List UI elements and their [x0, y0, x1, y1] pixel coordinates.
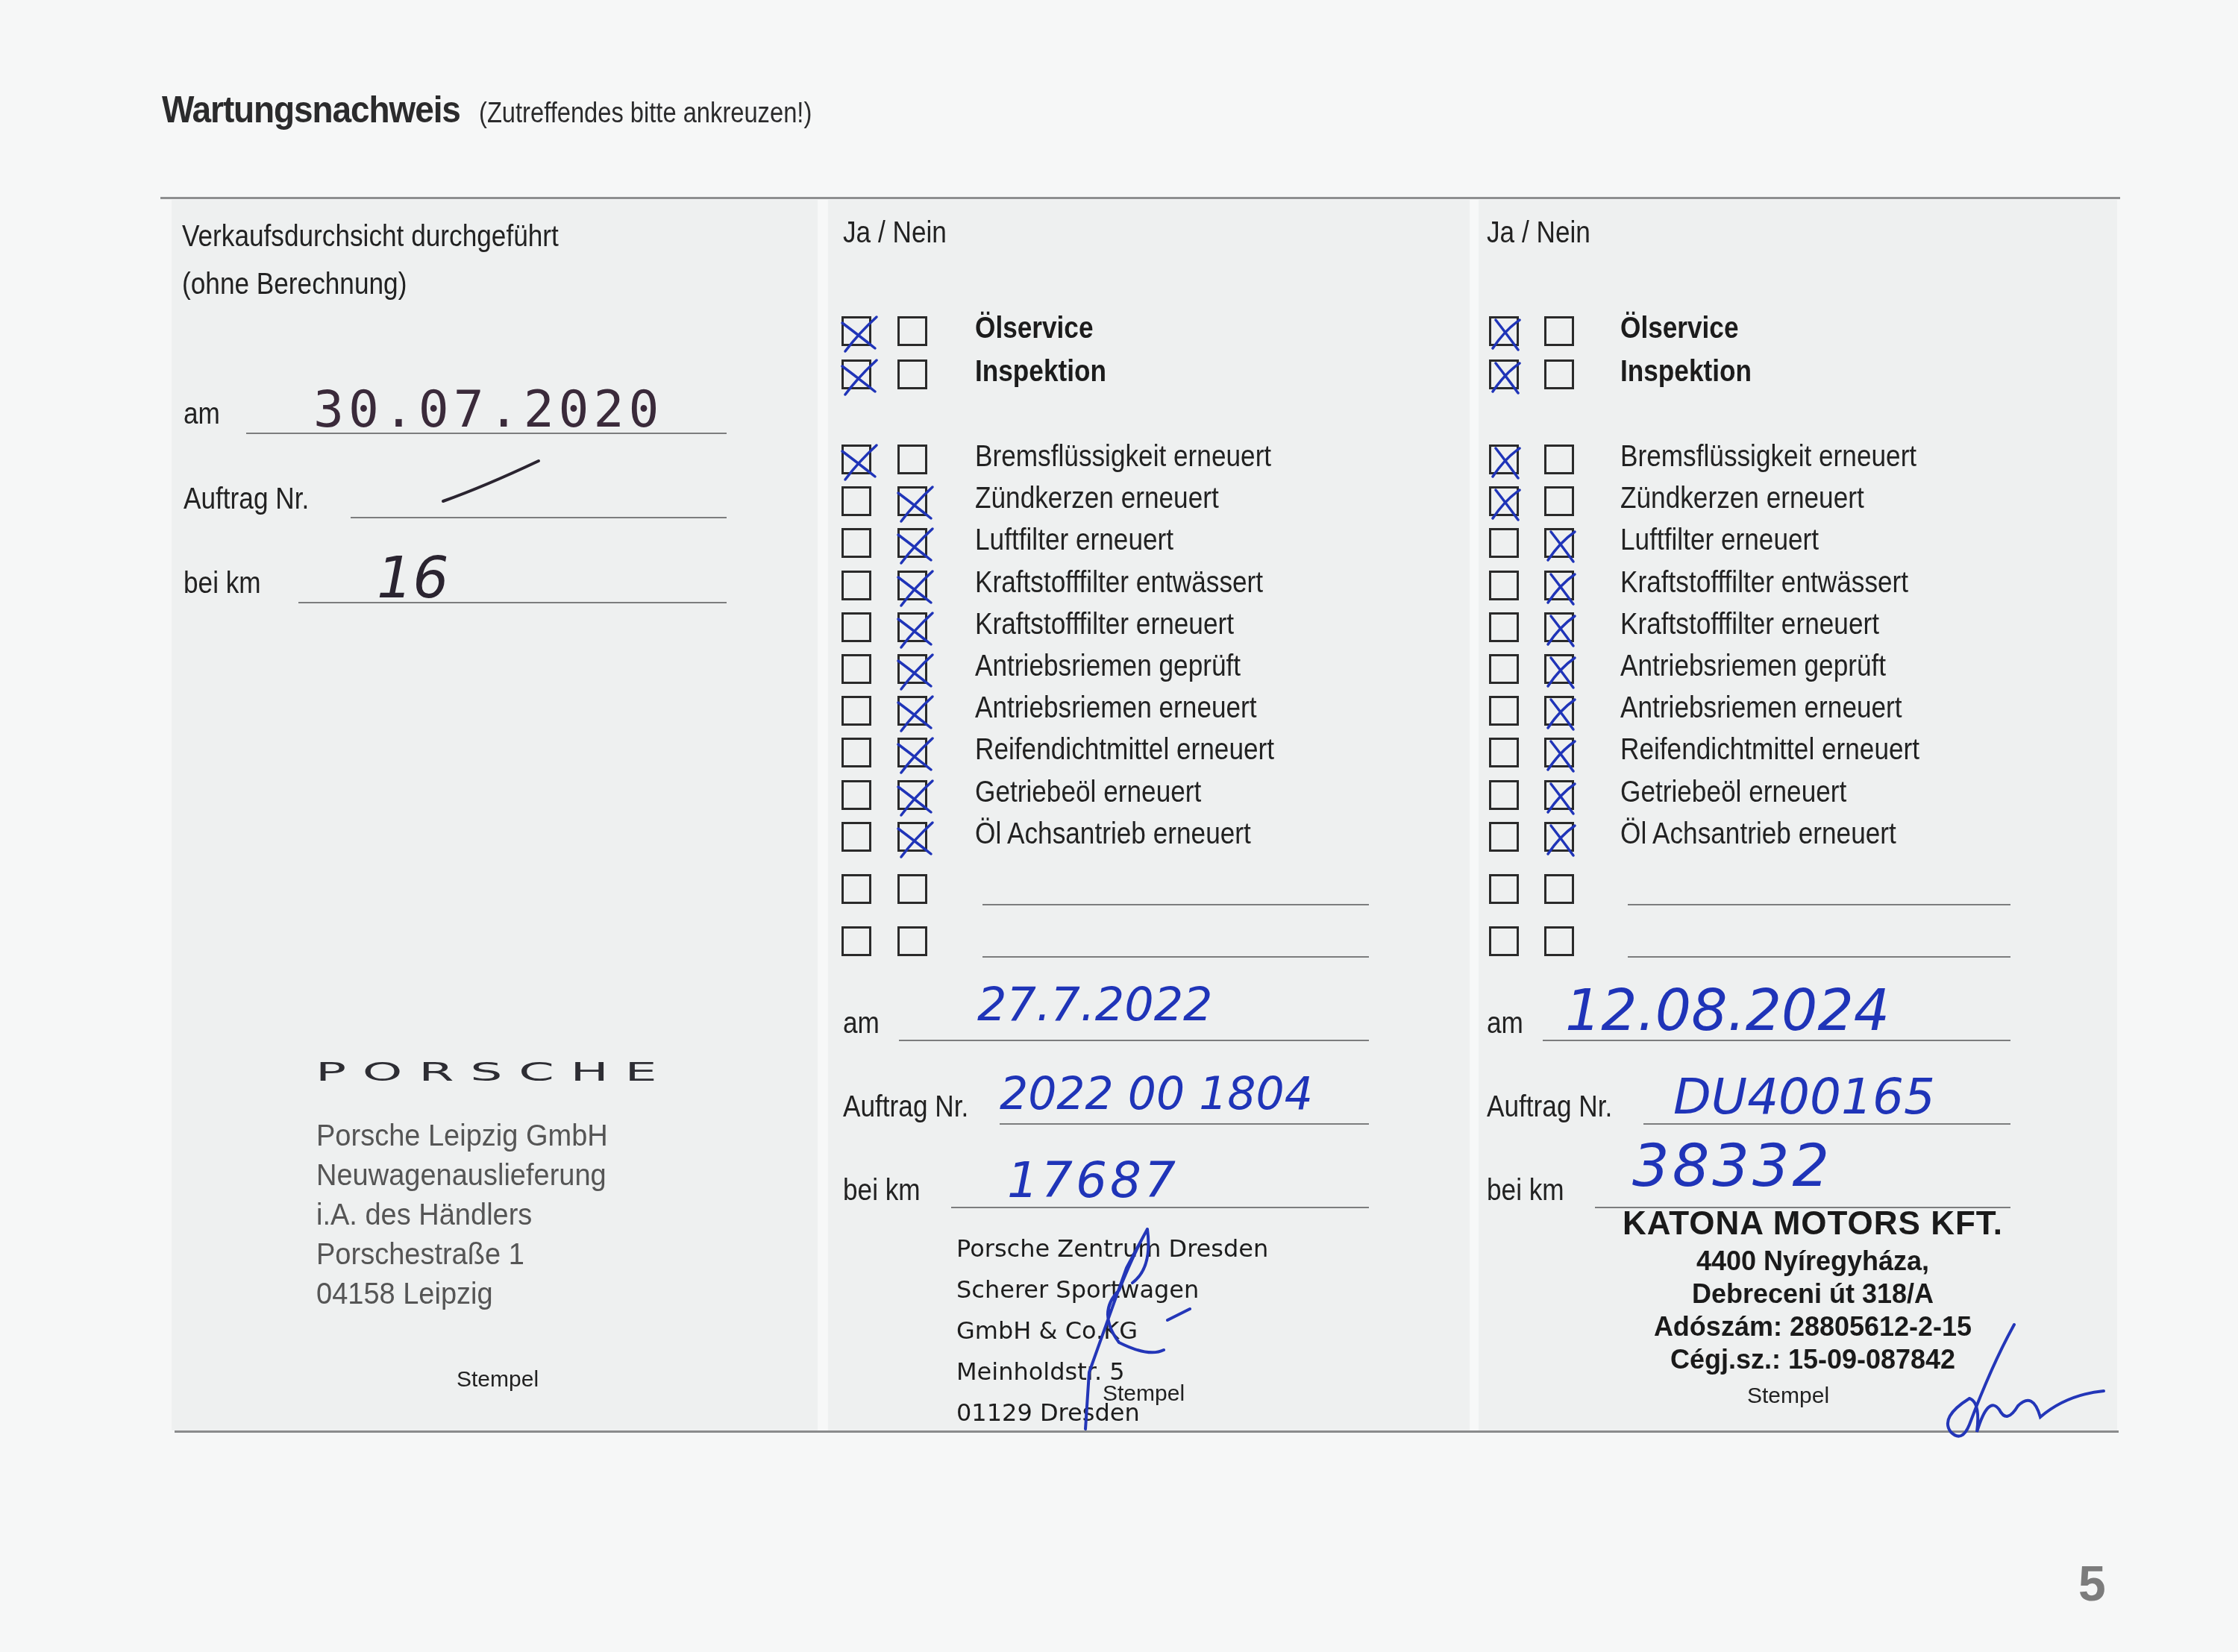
- right-stamp-company: KATONA MOTORS KFT.: [1589, 1203, 2037, 1245]
- nein-checkbox[interactable]: [897, 571, 927, 600]
- service-item-label-wrap: Zündkerzen erneuert: [1620, 482, 1897, 515]
- order-label: Auftrag Nr.: [1487, 1090, 1612, 1124]
- km-label-wrap: bei km: [843, 1174, 931, 1207]
- ja-checkbox[interactable]: [841, 654, 871, 684]
- left-order-label: Auftrag Nr.: [184, 483, 309, 516]
- nein-checkbox[interactable]: [897, 612, 927, 642]
- km-value-wrap: 17687: [1007, 1152, 1179, 1209]
- left-order-label-wrap: Auftrag Nr.: [184, 483, 326, 516]
- nein-checkbox[interactable]: [897, 926, 927, 956]
- order-label-wrap: Auftrag Nr.: [843, 1090, 985, 1124]
- check-mark-icon: [1540, 817, 1582, 861]
- service-item-label: Getriebeöl erneuert: [975, 776, 1201, 809]
- service-item-label: Antriebsriemen erneuert: [975, 691, 1257, 725]
- main-service-label-wrap: Ölservice: [1620, 312, 1755, 345]
- service-item-label-wrap: Reifendichtmittel erneuert: [1620, 733, 1960, 767]
- page-subtitle: (Zutreffendes bitte ankreuzen!): [479, 98, 812, 130]
- nein-checkbox[interactable]: [897, 528, 927, 558]
- ja-checkbox[interactable]: [1489, 822, 1519, 852]
- order-label: Auftrag Nr.: [843, 1090, 968, 1124]
- main-service-label: Inspektion: [975, 355, 1106, 389]
- service-item-label: Reifendichtmittel erneuert: [975, 733, 1274, 767]
- service-item-label-wrap: Kraftstofffilter entwässert: [1620, 566, 1948, 600]
- ja-checkbox[interactable]: [1489, 738, 1519, 767]
- left-order-dash-mark: [440, 456, 545, 509]
- service-item-label-wrap: Bremsflüssigkeit erneuert: [1620, 440, 1957, 474]
- check-mark-icon: [1540, 607, 1582, 652]
- check-mark-icon: [1485, 354, 1527, 399]
- porsche-logo: PORSCHE: [316, 1058, 546, 1096]
- nein-checkbox[interactable]: [1544, 486, 1574, 516]
- ja-checkbox[interactable]: [841, 359, 871, 389]
- main-service-label: Inspektion: [1620, 355, 1752, 389]
- ja-checkbox[interactable]: [841, 696, 871, 726]
- service-item-label: Zündkerzen erneuert: [975, 482, 1219, 515]
- main-service-label: Ölservice: [975, 312, 1094, 345]
- service-item-label-wrap: Antriebsriemen geprüft: [975, 650, 1277, 683]
- porsche-logo-text: PORSCHE: [316, 1058, 673, 1087]
- check-mark-icon: [894, 481, 935, 526]
- check-mark-icon: [894, 817, 935, 861]
- service-item-label-wrap: Getriebeöl erneuert: [1620, 776, 1878, 809]
- right-stamp-line: Debreceni út 318/A: [1589, 1278, 2037, 1310]
- service-item-label: Antriebsriemen geprüft: [1620, 650, 1886, 683]
- service-item-label: Öl Achsantrieb erneuert: [975, 817, 1251, 851]
- service-item-label: Luftfilter erneuert: [975, 524, 1173, 557]
- km-label: bei km: [1487, 1174, 1564, 1207]
- check-mark-icon: [1540, 565, 1582, 610]
- check-mark-icon: [838, 311, 880, 356]
- service-item-label: Luftfilter erneuert: [1620, 524, 1819, 557]
- check-mark-icon: [894, 691, 935, 735]
- left-stamp: Porsche Leipzig GmbH Neuwagenauslieferun…: [316, 1116, 623, 1314]
- column-divider: [1470, 200, 1479, 1430]
- left-order-line: [351, 517, 727, 518]
- date-value: 12.08.2024: [1565, 977, 1890, 1043]
- left-date-label-wrap: am: [184, 398, 225, 431]
- service-item-label-wrap: Antriebsriemen erneuert: [975, 691, 1295, 725]
- nein-checkbox[interactable]: [897, 316, 927, 346]
- nein-checkbox[interactable]: [1544, 780, 1574, 810]
- middle-signature: [1044, 1223, 1223, 1432]
- km-label-wrap: bei km: [1487, 1174, 1575, 1207]
- service-item-label: Öl Achsantrieb erneuert: [1620, 817, 1896, 851]
- check-mark-icon: [1540, 523, 1582, 568]
- check-mark-icon: [894, 775, 935, 820]
- service-item-label-wrap: Luftfilter erneuert: [975, 524, 1200, 557]
- check-mark-icon: [894, 565, 935, 610]
- ja-checkbox[interactable]: [1489, 612, 1519, 642]
- left-date-field[interactable]: 30.07.2020: [313, 380, 663, 439]
- check-mark-icon: [1485, 439, 1527, 484]
- service-item-label: Bremsflüssigkeit erneuert: [1620, 440, 1916, 474]
- yes-no-header: Ja / Nein: [843, 216, 947, 250]
- ja-checkbox[interactable]: [841, 822, 871, 852]
- ja-checkbox[interactable]: [841, 486, 871, 516]
- nein-checkbox[interactable]: [897, 654, 927, 684]
- check-mark-icon: [1540, 691, 1582, 735]
- nein-checkbox[interactable]: [897, 445, 927, 474]
- service-item-label-wrap: Antriebsriemen erneuert: [1620, 691, 1940, 725]
- service-item-label-wrap: Kraftstofffilter entwässert: [975, 566, 1303, 600]
- left-stamp-line: 04158 Leipzig: [316, 1275, 608, 1314]
- service-item-label-wrap: Bremsflüssigkeit erneuert: [975, 440, 1311, 474]
- ja-checkbox[interactable]: [1489, 316, 1519, 346]
- service-item-label: Reifendichtmittel erneuert: [1620, 733, 1919, 767]
- check-mark-icon: [838, 354, 880, 399]
- ja-checkbox[interactable]: [841, 445, 871, 474]
- ja-checkbox[interactable]: [1489, 445, 1519, 474]
- ja-checkbox[interactable]: [1489, 654, 1519, 684]
- service-item-label-wrap: Kraftstofffilter erneuert: [1620, 608, 1914, 641]
- nein-checkbox[interactable]: [1544, 874, 1574, 904]
- nein-checkbox[interactable]: [897, 359, 927, 389]
- service-item-label-wrap: Öl Achsantrieb erneuert: [1620, 817, 1934, 851]
- date-label-wrap: am: [1487, 1007, 1529, 1040]
- service-item-label-wrap: Antriebsriemen geprüft: [1620, 650, 1922, 683]
- order-label-wrap: Auftrag Nr.: [1487, 1090, 1629, 1124]
- date-line: [899, 1040, 1369, 1041]
- ja-checkbox[interactable]: [1489, 874, 1519, 904]
- column-divider: [818, 200, 827, 1430]
- service-item-label: Kraftstofffilter entwässert: [1620, 566, 1908, 600]
- nein-checkbox[interactable]: [1544, 738, 1574, 767]
- service-item-label-wrap: Zündkerzen erneuert: [975, 482, 1252, 515]
- nein-checkbox[interactable]: [897, 696, 927, 726]
- left-km-value: 16: [377, 544, 449, 611]
- left-km-label-wrap: bei km: [184, 567, 272, 600]
- blank-entry-line[interactable]: [1628, 956, 2010, 958]
- date-label-wrap: am: [843, 1007, 885, 1040]
- nein-checkbox[interactable]: [897, 780, 927, 810]
- nein-checkbox[interactable]: [897, 822, 927, 852]
- yes-no-header-wrap: Ja / Nein: [1487, 216, 1605, 250]
- blank-entry-line[interactable]: [982, 956, 1369, 958]
- left-date-value: 30.07.2020: [313, 380, 663, 439]
- service-item-label: Bremsflüssigkeit erneuert: [975, 440, 1271, 474]
- nein-checkbox[interactable]: [1544, 612, 1574, 642]
- left-stamp-line: Porschestraße 1: [316, 1235, 608, 1275]
- main-service-label-wrap: Inspektion: [975, 355, 1124, 389]
- date-value: 27.7.2022: [977, 977, 1213, 1031]
- left-heading-line2: (ohne Berechnung): [182, 260, 559, 308]
- check-mark-icon: [1540, 732, 1582, 777]
- ja-checkbox[interactable]: [1489, 926, 1519, 956]
- ja-checkbox[interactable]: [841, 316, 871, 346]
- service-item-label: Kraftstofffilter erneuert: [975, 608, 1234, 641]
- nein-checkbox[interactable]: [897, 486, 927, 516]
- ja-checkbox[interactable]: [1489, 696, 1519, 726]
- ja-checkbox[interactable]: [841, 738, 871, 767]
- right-signature: [1858, 1320, 2111, 1447]
- service-item-label: Kraftstofffilter entwässert: [975, 566, 1263, 600]
- ja-checkbox[interactable]: [1489, 359, 1519, 389]
- nein-checkbox[interactable]: [1544, 359, 1574, 389]
- km-value: 17687: [1007, 1152, 1179, 1209]
- yes-no-header: Ja / Nein: [1487, 216, 1590, 250]
- ja-checkbox[interactable]: [841, 780, 871, 810]
- nein-checkbox[interactable]: [897, 874, 927, 904]
- ja-checkbox[interactable]: [841, 528, 871, 558]
- check-mark-icon: [838, 439, 880, 484]
- date-value-wrap: 27.7.2022: [977, 977, 1213, 1031]
- left-heading-line1: Verkaufsdurchsicht durchgeführt: [182, 213, 559, 260]
- service-item-label: Kraftstofffilter erneuert: [1620, 608, 1879, 641]
- nein-checkbox[interactable]: [1544, 654, 1574, 684]
- ja-checkbox[interactable]: [1489, 528, 1519, 558]
- nein-checkbox[interactable]: [897, 738, 927, 767]
- top-rule: [160, 197, 2120, 199]
- left-date-label: am: [184, 398, 220, 431]
- nein-checkbox[interactable]: [1544, 316, 1574, 346]
- left-km-label: bei km: [184, 567, 261, 600]
- km-value: 38332: [1632, 1133, 1832, 1200]
- left-km-field[interactable]: 16: [377, 544, 449, 611]
- ja-checkbox[interactable]: [841, 612, 871, 642]
- service-item-label-wrap: Luftfilter erneuert: [1620, 524, 1846, 557]
- ja-checkbox[interactable]: [841, 571, 871, 600]
- ja-checkbox[interactable]: [1489, 571, 1519, 600]
- right-stamp-line: 4400 Nyíregyháza,: [1589, 1245, 2037, 1278]
- ja-checkbox[interactable]: [841, 874, 871, 904]
- right-stempel-label: Stempel: [1747, 1384, 1829, 1409]
- order-value: 2022 00 1804: [1000, 1068, 1313, 1120]
- main-service-label-wrap: Ölservice: [975, 312, 1109, 345]
- check-mark-icon: [1540, 775, 1582, 820]
- ja-checkbox[interactable]: [1489, 486, 1519, 516]
- order-value-wrap: 2022 00 1804: [1000, 1068, 1313, 1120]
- ja-checkbox[interactable]: [841, 926, 871, 956]
- nein-checkbox[interactable]: [1544, 445, 1574, 474]
- service-item-label-wrap: Getriebeöl erneuert: [975, 776, 1232, 809]
- service-item-label-wrap: Reifendichtmittel erneuert: [975, 733, 1315, 767]
- km-value-wrap: 38332: [1632, 1133, 1832, 1200]
- left-stamp-line: Porsche Leipzig GmbH: [316, 1116, 608, 1156]
- check-mark-icon: [1485, 311, 1527, 356]
- check-mark-icon: [1540, 649, 1582, 694]
- service-item-label-wrap: Öl Achsantrieb erneuert: [975, 817, 1288, 851]
- date-value-wrap: 12.08.2024: [1565, 977, 1890, 1043]
- yes-no-header-wrap: Ja / Nein: [843, 216, 961, 250]
- main-service-label-wrap: Inspektion: [1620, 355, 1770, 389]
- nein-checkbox[interactable]: [1544, 571, 1574, 600]
- km-label: bei km: [843, 1174, 921, 1207]
- left-stamp-line: i.A. des Händlers: [316, 1196, 608, 1235]
- blank-entry-line[interactable]: [1628, 904, 2010, 905]
- left-order-field[interactable]: [440, 456, 545, 512]
- page-header: Wartungsnachweis (Zutreffendes bitte ank…: [162, 88, 866, 131]
- order-value-wrap: DU400165: [1673, 1068, 1935, 1125]
- main-service-label: Ölservice: [1620, 312, 1739, 345]
- date-label: am: [843, 1007, 880, 1040]
- check-mark-icon: [894, 607, 935, 652]
- service-item-label: Zündkerzen erneuert: [1620, 482, 1864, 515]
- service-item-label: Getriebeöl erneuert: [1620, 776, 1846, 809]
- left-heading: Verkaufsdurchsicht durchgeführt (ohne Be…: [182, 213, 610, 308]
- blank-entry-line[interactable]: [982, 904, 1369, 905]
- check-mark-icon: [1485, 481, 1527, 526]
- ja-checkbox[interactable]: [1489, 780, 1519, 810]
- page-number: 5: [2078, 1555, 2106, 1612]
- nein-checkbox[interactable]: [1544, 822, 1574, 852]
- left-stamp-line: Neuwagenauslieferung: [316, 1156, 608, 1196]
- page-title: Wartungsnachweis: [162, 88, 460, 131]
- date-label: am: [1487, 1007, 1523, 1040]
- nein-checkbox[interactable]: [1544, 926, 1574, 956]
- service-item-label: Antriebsriemen erneuert: [1620, 691, 1902, 725]
- check-mark-icon: [894, 523, 935, 568]
- service-item-label: Antriebsriemen geprüft: [975, 650, 1241, 683]
- service-item-label-wrap: Kraftstofffilter erneuert: [975, 608, 1269, 641]
- nein-checkbox[interactable]: [1544, 696, 1574, 726]
- left-km-line: [298, 602, 727, 603]
- check-mark-icon: [894, 649, 935, 694]
- order-line: [1000, 1123, 1369, 1125]
- left-stempel-label: Stempel: [457, 1367, 539, 1392]
- order-value: DU400165: [1673, 1068, 1935, 1125]
- check-mark-icon: [894, 732, 935, 777]
- nein-checkbox[interactable]: [1544, 528, 1574, 558]
